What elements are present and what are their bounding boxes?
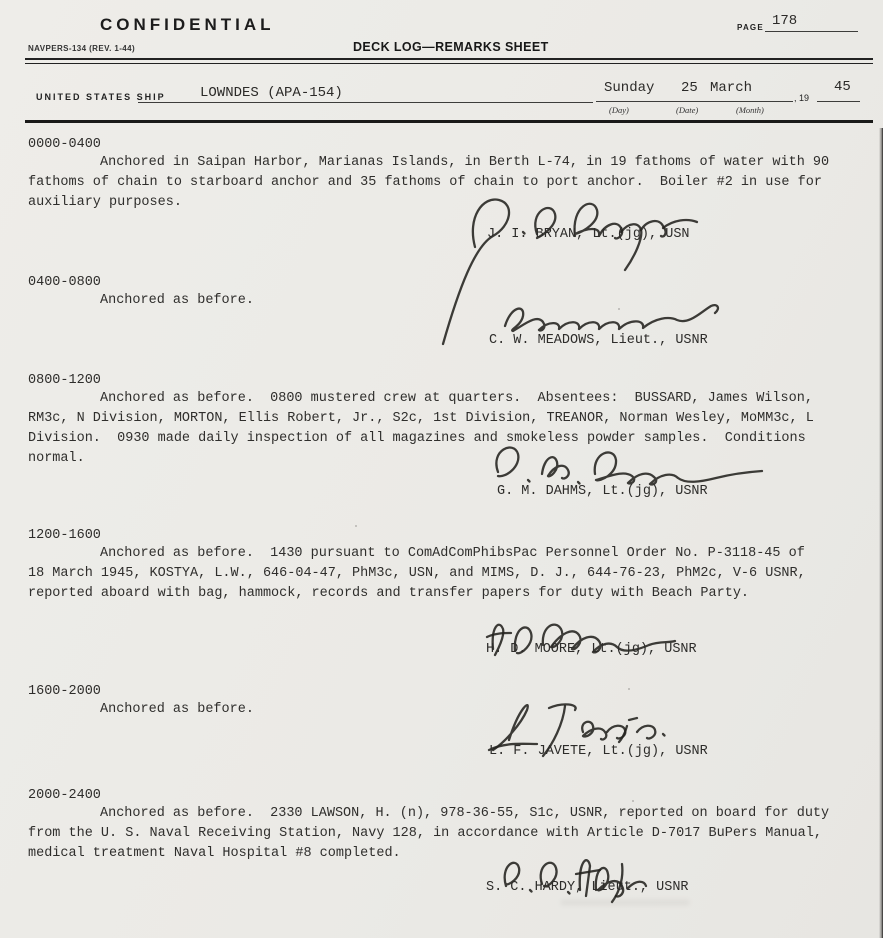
date-date: 25 — [681, 80, 698, 96]
signature-typed-name: J. I. BRYAN, Lt.(jg), USN — [487, 227, 690, 242]
entry-time-heading: 1600-2000 — [28, 683, 860, 700]
entry-text-line: Anchored as before. 1430 pursuant to Com… — [28, 544, 860, 564]
entry-text-line: medical treatment Naval Hospital #8 comp… — [28, 844, 860, 864]
ship-name-underline — [138, 102, 593, 103]
entry-text-line: Anchored as before. — [28, 291, 860, 311]
entry-time-heading: 0400-0800 — [28, 274, 860, 291]
date-day: Sunday — [604, 80, 654, 96]
entry-text-line: from the U. S. Naval Receiving Station, … — [28, 824, 860, 844]
page-number: 178 — [772, 13, 797, 29]
log-entry-0400-0800: 0400-0800 Anchored as before. — [28, 274, 860, 311]
date-month: March — [710, 80, 752, 96]
deck-log-page: CONFIDENTIAL PAGE 178 NAVPERS-134 (REV. … — [0, 0, 883, 938]
entry-time-heading: 2000-2400 — [28, 787, 860, 804]
entry-text-line: Anchored as before. — [28, 700, 860, 720]
header-double-rule-top — [25, 58, 873, 60]
signature-typed-name: L. F. JAVETE, Lt.(jg), USNR — [489, 744, 708, 759]
scan-artifact — [355, 525, 357, 527]
date-underline — [596, 101, 793, 102]
header-double-rule-bottom — [25, 63, 873, 64]
entry-text-line: Anchored in Saipan Harbor, Marianas Isla… — [28, 153, 860, 173]
signature-typed-name: S. C. HARDY, Lieut., USNR — [486, 880, 689, 895]
log-entry-2000-2400: 2000-2400 Anchored as before. 2330 LAWSO… — [28, 787, 860, 864]
ship-name: LOWNDES (APA-154) — [200, 85, 343, 101]
scan-artifact — [632, 800, 634, 802]
entry-time-heading: 1200-1600 — [28, 527, 860, 544]
month-label: (Month) — [736, 105, 764, 115]
year-value: 45 — [834, 79, 851, 95]
day-label: (Day) — [609, 105, 629, 115]
page-label: PAGE — [737, 23, 764, 32]
ship-label: UNITED STATES SHIP — [36, 92, 166, 102]
date-label: (Date) — [676, 105, 698, 115]
signature-typed-name: C. W. MEADOWS, Lieut., USNR — [489, 333, 708, 348]
page-number-underline — [765, 31, 858, 32]
log-entry-1200-1600: 1200-1600 Anchored as before. 1430 pursu… — [28, 527, 860, 604]
log-entry-1600-2000: 1600-2000 Anchored as before. — [28, 683, 860, 720]
entry-text-line: fathoms of chain to starboard anchor and… — [28, 173, 860, 193]
entry-text-line: reported aboard with bag, hammock, recor… — [28, 584, 860, 604]
year-underline — [817, 101, 860, 102]
entry-text-line: Anchored as before. 0800 mustered crew a… — [28, 389, 860, 409]
entry-text-line: Anchored as before. 2330 LAWSON, H. (n),… — [28, 804, 860, 824]
signature-typed-name: H. D. MOORE, Lt.(jg), USNR — [486, 642, 697, 657]
signature-typed-name: G. M. DAHMS, Lt.(jg), USNR — [497, 484, 708, 499]
scan-artifact — [560, 899, 690, 906]
scan-artifact — [618, 308, 620, 310]
scan-artifact — [628, 688, 630, 690]
signature-hardy — [488, 846, 663, 906]
form-number: NAVPERS-134 (REV. 1-44) — [28, 44, 135, 53]
entry-text-line: RM3c, N Division, MORTON, Ellis Robert, … — [28, 409, 860, 429]
entry-time-heading: 0000-0400 — [28, 136, 860, 153]
classification-stamp: CONFIDENTIAL — [100, 15, 275, 35]
header-heavy-rule — [25, 120, 873, 123]
sheet-title: DECK LOG—REMARKS SHEET — [353, 40, 549, 54]
year-prefix: , 19 — [794, 93, 809, 103]
entry-text-line: 18 March 1945, KOSTYA, L.W., 646-04-47, … — [28, 564, 860, 584]
entry-time-heading: 0800-1200 — [28, 372, 860, 389]
